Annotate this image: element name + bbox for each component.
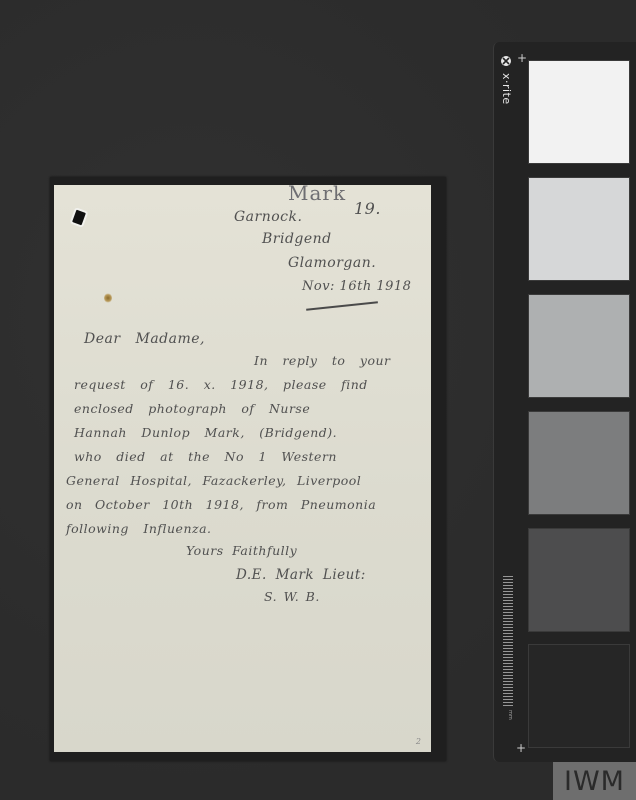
reference-mark: Mark bbox=[288, 185, 346, 205]
patch-mid-gray bbox=[528, 411, 630, 515]
patch-black bbox=[528, 644, 630, 748]
punch-hole bbox=[70, 207, 89, 228]
letter-page: Mark 19. Garnock. Bridgend Glamorgan. No… bbox=[54, 185, 431, 752]
body-line-2: request of 16. x. 1918, please find bbox=[74, 377, 368, 392]
mm-ruler bbox=[503, 576, 513, 706]
body-line-6: General Hospital, Fazackerley, Liverpool bbox=[66, 473, 361, 488]
letter-closing: Yours Faithfully bbox=[186, 543, 297, 558]
body-line-7: on October 10th 1918, from Pneumonia bbox=[66, 497, 376, 512]
salutation: Dear Madame, bbox=[84, 331, 205, 347]
xrite-logo-icon bbox=[501, 56, 511, 66]
address-line-1: Garnock. bbox=[234, 209, 302, 225]
registration-crosshair-top: + bbox=[517, 52, 527, 64]
reference-number: 19. bbox=[354, 199, 381, 218]
iwm-watermark: IWM bbox=[553, 762, 636, 800]
color-checker-card: x·rite + mm + bbox=[493, 42, 636, 762]
address-line-2: Bridgend bbox=[262, 231, 332, 247]
ruler-unit: mm bbox=[507, 710, 513, 720]
body-line-5: who died at the No 1 Western bbox=[74, 449, 337, 464]
patch-mid-light-gray bbox=[528, 294, 630, 398]
body-line-3: enclosed photograph of Nurse bbox=[74, 401, 310, 416]
date-underline bbox=[306, 301, 378, 310]
body-line-4: Hannah Dunlop Mark, (Bridgend). bbox=[74, 425, 337, 440]
signature-regiment: S. W. B. bbox=[264, 589, 320, 604]
patch-light-gray bbox=[528, 177, 630, 281]
registration-crosshair-bottom: + bbox=[516, 742, 526, 754]
body-line-8: following Influenza. bbox=[66, 521, 212, 536]
patch-dark-gray bbox=[528, 528, 630, 632]
page-number: 2 bbox=[416, 737, 421, 746]
patch-white bbox=[528, 60, 630, 164]
body-line-1: In reply to your bbox=[254, 353, 391, 368]
brand-text: x·rite bbox=[500, 73, 513, 105]
letter-date: Nov: 16th 1918 bbox=[302, 279, 411, 294]
paper-stain bbox=[104, 293, 112, 303]
brand-label: x·rite bbox=[500, 56, 513, 105]
signature: D.E. Mark Lieut: bbox=[236, 567, 366, 583]
address-line-3: Glamorgan. bbox=[288, 255, 376, 271]
